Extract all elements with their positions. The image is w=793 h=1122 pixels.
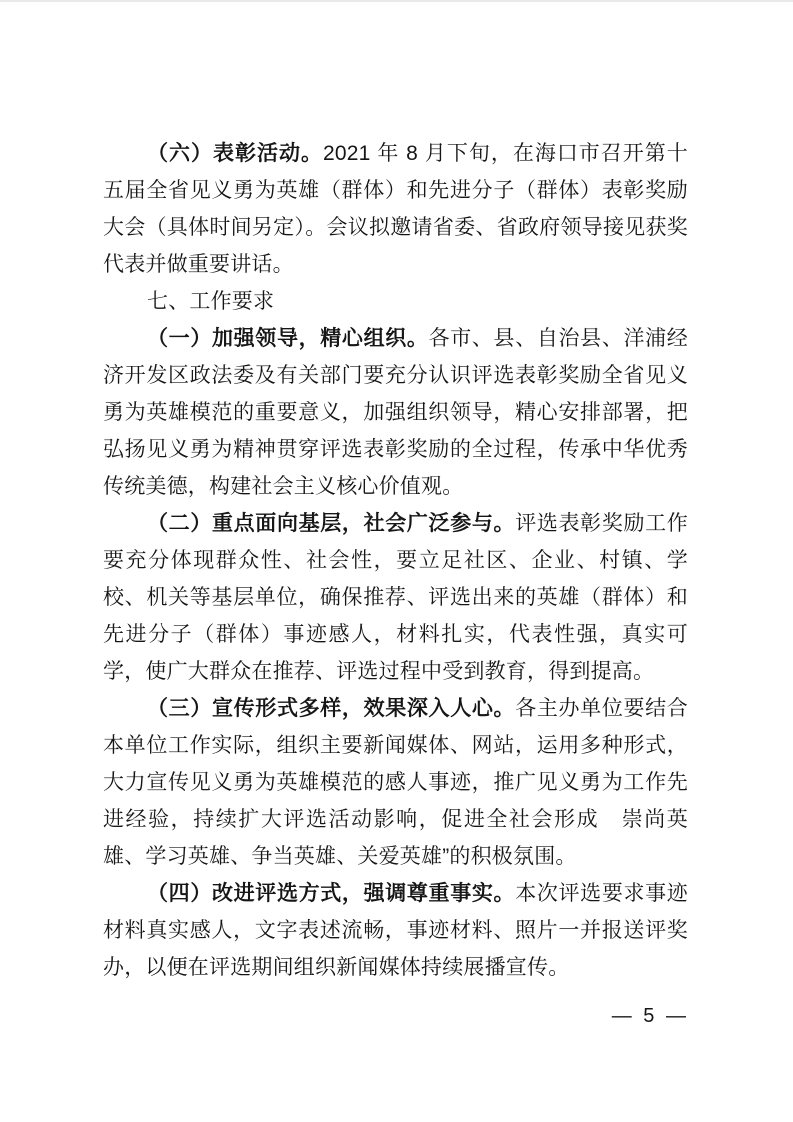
paragraph-commendation-activities-lead: （六）表彰活动。 (147, 142, 323, 165)
page-number: — 5 — (612, 1004, 689, 1028)
paragraph-strengthen-leadership-text: 各市、县、自治县、洋浦经济开发区政法委及有关部门要充分认识评选表彰奖励全省见义勇… (103, 327, 688, 498)
paragraph-commendation-activities: （六）表彰活动。2021 年 8 月下旬，在海口市召开第十五届全省见义勇为英雄（… (103, 135, 688, 283)
paragraph-improve-selection-lead: （四）改进评选方式，强调尊重事实。 (147, 882, 515, 905)
paragraph-improve-selection: （四）改进评选方式，强调尊重事实。本次评选要求事迹材料真实感人，文字表述流畅，事… (103, 875, 688, 986)
document-page: （六）表彰活动。2021 年 8 月下旬，在海口市召开第十五届全省见义勇为英雄（… (0, 0, 793, 1122)
paragraph-grassroots-participation-lead: （二）重点面向基层，社会广泛参与。 (147, 512, 515, 535)
paragraph-strengthen-leadership-lead: （一）加强领导，精心组织。 (147, 327, 429, 350)
section-heading-work-requirements: 七、工作要求 (103, 283, 688, 320)
paragraph-grassroots-participation-text: 评选表彰奖励工作要充分体现群众性、社会性，要立足社区、企业、村镇、学校、机关等基… (103, 512, 688, 683)
paragraph-publicity-forms-text: 各主办单位要结合本单位工作实际，组织主要新闻媒体、网站，运用多种形式，大力宣传见… (103, 697, 688, 868)
paragraph-publicity-forms: （三）宣传形式多样，效果深入人心。各主办单位要结合本单位工作实际，组织主要新闻媒… (103, 690, 688, 875)
document-body: （六）表彰活动。2021 年 8 月下旬，在海口市召开第十五届全省见义勇为英雄（… (103, 135, 688, 986)
paragraph-publicity-forms-lead: （三）宣传形式多样，效果深入人心。 (147, 697, 515, 720)
paragraph-grassroots-participation: （二）重点面向基层，社会广泛参与。评选表彰奖励工作要充分体现群众性、社会性，要立… (103, 505, 688, 690)
paragraph-strengthen-leadership: （一）加强领导，精心组织。各市、县、自治县、洋浦经济开发区政法委及有关部门要充分… (103, 320, 688, 505)
